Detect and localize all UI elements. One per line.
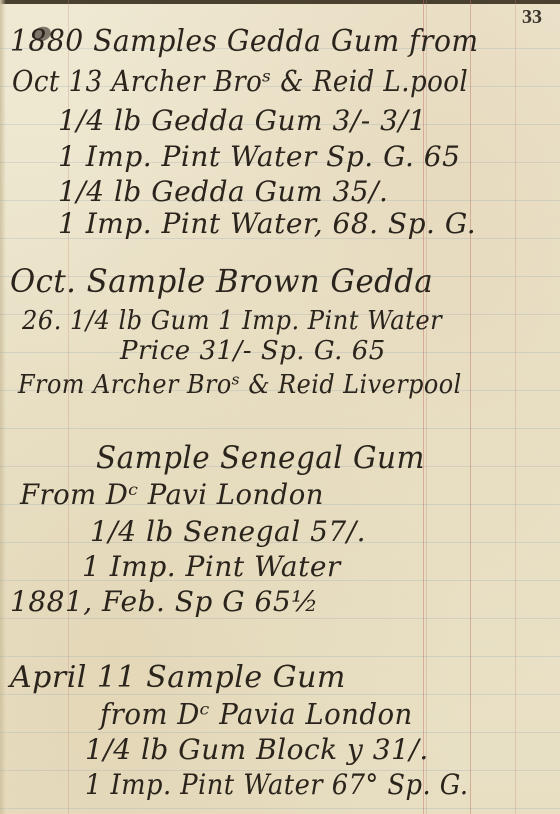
entry-3-line-1: Sample Senegal Gum	[96, 440, 425, 476]
entry-1-line-6: 1 Imp. Pint Water, 68. Sp. G.	[58, 207, 476, 240]
ruled-line	[0, 618, 560, 619]
entry-4-line-3: 1/4 lb Gum Block y 31/.	[85, 733, 429, 766]
ruled-line	[0, 428, 560, 429]
entry-3-line-3: 1/4 lb Senegal 57/.	[90, 515, 366, 548]
page-top-edge	[0, 0, 560, 4]
page-number: 33	[522, 6, 542, 29]
entry-1-line-1: 1880 Samples Gedda Gum from	[10, 24, 479, 59]
entry-2-line-1: Oct. Sample Brown Gedda	[10, 262, 433, 300]
page-left-edge	[0, 0, 6, 814]
ruled-line	[0, 656, 560, 657]
entry-2-line-2: 26. 1/4 lb Gum 1 Imp. Pint Water	[22, 306, 442, 336]
entry-4-line-2: from Dᶜ Pavia London	[100, 697, 413, 731]
ruled-line	[0, 808, 560, 809]
entry-1-line-3: 1/4 lb Gedda Gum 3/- 3/1	[58, 104, 427, 137]
entry-4-line-1: April 11 Sample Gum	[10, 660, 346, 695]
ledger-page: 33 1880 Samples Gedda Gum from Oct 13 Ar…	[0, 0, 560, 814]
entry-1-line-2: Oct 13 Archer Broˢ & Reid L.pool	[12, 64, 468, 98]
column-rule	[515, 0, 516, 814]
entry-3-line-5: 1881, Feb. Sp G 65½	[10, 585, 319, 618]
entry-3-line-2: From Dᶜ Pavi London	[20, 478, 324, 511]
entry-1-line-4: 1 Imp. Pint Water Sp. G. 65	[58, 140, 460, 173]
entry-3-line-4: 1 Imp. Pint Water	[82, 550, 341, 583]
column-rule	[470, 0, 471, 814]
entry-2-line-4: From Archer Broˢ & Reid Liverpool	[18, 370, 462, 400]
entry-2-line-3: Price 31/- Sp. G. 65	[120, 336, 386, 366]
entry-4-line-4: 1 Imp. Pint Water 67° Sp. G.	[85, 768, 469, 801]
entry-1-line-5: 1/4 lb Gedda Gum 35/.	[58, 175, 388, 208]
